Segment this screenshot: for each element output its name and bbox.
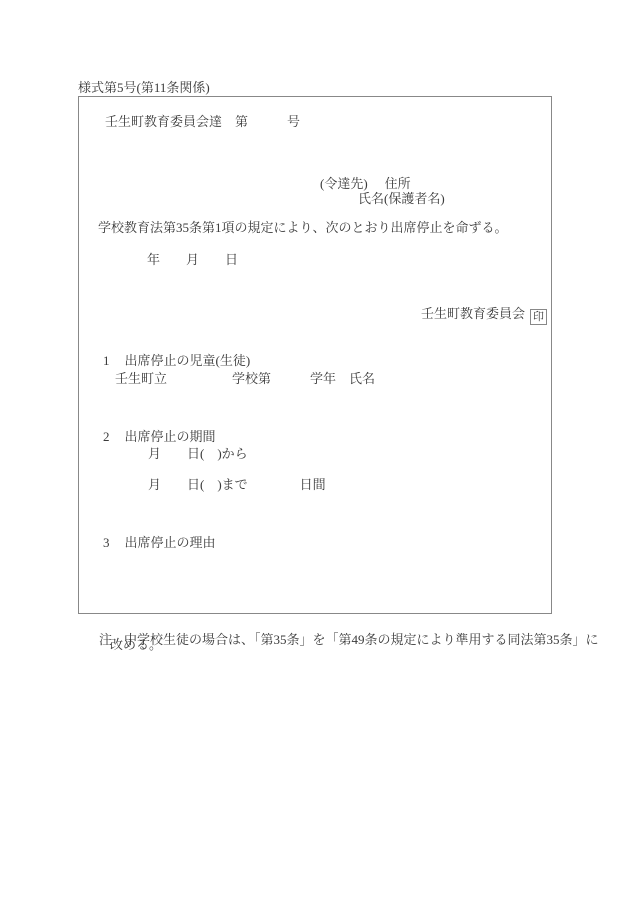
item-3-heading: 3出席停止の理由: [90, 521, 216, 566]
document-page: 様式第5号(第11条関係) 壬生町教育委員会達 第 号 (令達先)住所 氏名(保…: [0, 0, 630, 903]
item-3-title: 出席停止の理由: [125, 535, 216, 550]
item-2-number: 2: [103, 429, 110, 444]
form-label: 様式第5号(第11条関係): [78, 81, 210, 96]
note-line-1: 注中学校生徒の場合は、「第35条」を「第49条の規定により準用する同法第35条」…: [86, 618, 599, 663]
main-sentence: 学校教育法第35条第1項の規定により、次のとおり出席停止を命ずる。: [98, 221, 508, 236]
item-1-title: 出席停止の児童(生徒): [125, 353, 251, 368]
address-label: 住所: [385, 176, 411, 191]
seal-mark: 印: [530, 309, 547, 325]
item-1-number: 1: [103, 353, 110, 368]
note-line-2: 改める。: [110, 638, 162, 653]
recipient-prefix: (令達先): [320, 176, 368, 191]
item-3-number: 3: [103, 535, 110, 550]
name-label: 氏名(保護者名): [358, 192, 445, 207]
item-2-to-line: 月 日( )まで 日間: [148, 478, 326, 493]
directive-line: 壬生町教育委員会達 第 号: [105, 115, 300, 130]
note-text-1: 中学校生徒の場合は、「第35条」を「第49条の規定により準用する同法第35条」に: [124, 632, 599, 647]
item-2-from-line: 月 日( )から: [148, 447, 248, 462]
issuer-line: 壬生町教育委員会印: [408, 292, 547, 340]
issuer-name: 壬生町教育委員会: [421, 306, 525, 321]
item-1-detail: 壬生町立 学校第 学年 氏名: [115, 372, 375, 387]
item-2-title: 出席停止の期間: [125, 429, 216, 444]
date-line: 年 月 日: [147, 253, 238, 268]
